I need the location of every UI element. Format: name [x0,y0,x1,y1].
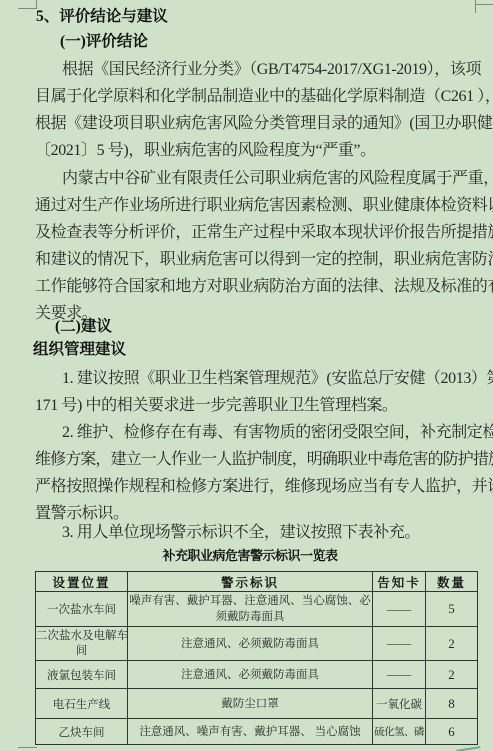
cell-location: 一次盐水车间 [36,592,128,627]
paragraph-line: 171 号) 中的相关要求进一步完善职业卫生管理档案。 [35,392,493,419]
paragraph-line: 根据《国民经济行业分类》（GB/T4754-2017/XG1-2019），该项 [35,56,493,83]
suggestion-item-1: 1. 建议按照《职业卫生档案管理规范》(安监总厅安健（2013）第 171 号)… [35,365,493,419]
col-header-warning-sign: 警示标识 [128,572,373,592]
paragraph-line: 〔2021〕5 号)，职业病危害的风险程度为“严重”。 [35,137,493,164]
paragraph-line: 目属于化学原料和化学制品制造业中的基础化学原料制造（C261 ）， [35,83,493,110]
paragraph-conclusion-2: 内蒙古中谷矿业有限责任公司职业病危害的风险程度属于严重， 通过对生产作业场所进行… [35,165,493,327]
scan-artifact-top-left [18,0,37,9]
cell-location: 电石生产线 [36,689,128,719]
paragraph-conclusion-1: 根据《国民经济行业分类》（GB/T4754-2017/XG1-2019），该项 … [35,56,493,164]
cell-warning-sign: 注意通风、必须戴防毒面具 [128,627,373,661]
cell-quantity: 2 [426,627,478,661]
cell-quantity: 5 [426,592,478,627]
table-row: 乙炔车间 注意通风、噪声有害、戴护耳器、 当心腐蚀 硫化氢、磷 6 [36,719,478,745]
cell-location: 二次盐水及电解车 间 [36,627,128,661]
paragraph-line: 1. 建议按照《职业卫生档案管理规范》(安监总厅安健（2013）第 [35,365,493,392]
table-row: 二次盐水及电解车 间 注意通风、必须戴防毒面具 —— 2 [36,627,478,661]
suggestion-item-2: 2. 维护、检修存在有毒、有害物质的密闭受限空间，补充制定检 维修方案，建立一人… [35,419,493,527]
paragraph-line: 根据《建设项目职业病危害风险分类管理目录的通知》(国卫办职健发 [35,110,493,137]
cell-warning-sign: 注意通风、必须戴防毒面具 [128,661,373,689]
scan-artifact-top-right-vertical [475,0,476,13]
cell-quantity: 2 [426,661,478,689]
cell-quantity: 6 [426,719,478,745]
paragraph-line: 严格按照操作规程和检修方案进行，维修现场应当有专人监护，并设 [35,473,493,500]
cell-notice-card: —— [373,592,426,627]
cell-warning-sign: 注意通风、噪声有害、戴护耳器、 当心腐蚀 [128,719,373,745]
table-row: 一次盐水车间 噪声有害、戴护耳器、注意通风、当心腐蚀、必 须戴防毒面具 —— 5 [36,592,478,627]
org-management-subheading: 组织管理建议 [33,339,126,361]
cell-warning-sign: 噪声有害、戴护耳器、注意通风、当心腐蚀、必 须戴防毒面具 [128,592,373,627]
warning-signs-table: 设置位置 警示标识 告知卡 数量 一次盐水车间 噪声有害、戴护耳器、注意通风、当… [35,571,478,745]
col-header-notice-card: 告知卡 [373,572,426,592]
table-title: 补充职业病危害警示标识一览表 [35,545,465,564]
cell-notice-card: 一氧化碳 [373,689,426,719]
document-page: 5、评价结论与建议 (一)评价结论 根据《国民经济行业分类》（GB/T4754-… [0,0,493,751]
table-row: 电石生产线 戴防尘口罩 一氧化碳 8 [36,689,478,719]
table-row: 液氯包装车间 注意通风、必须戴防毒面具 —— 2 [36,661,478,689]
paragraph-line: 及检查表等分析评价，正常生产过程中采取本现状评价报告所提措施 [35,219,493,246]
paragraph-line: 维修方案，建立一人作业一人监护制度，明确职业中毒危害的防护措施， [35,446,493,473]
paragraph-line: 工作能够符合国家和地方对职业病防治方面的法律、法规及标准的有 [35,273,493,300]
section-heading: 5、评价结论与建议 [36,6,168,28]
cell-quantity: 8 [426,689,478,719]
cell-location: 乙炔车间 [36,719,128,745]
col-header-location: 设置位置 [36,572,128,592]
paragraph-line: 和建议的情况下，职业病危害可以得到一定的控制，职业病危害防治 [35,246,493,273]
cell-warning-sign: 戴防尘口罩 [128,689,373,719]
cell-notice-card: —— [373,661,426,689]
table-header-row: 设置位置 警示标识 告知卡 数量 [36,572,478,592]
scan-artifact-bottom-left [18,747,37,748]
col-header-quantity: 数量 [426,572,478,592]
cell-notice-card: —— [373,627,426,661]
cell-notice-card: 硫化氢、磷 [373,719,426,745]
paragraph-line: 通过对生产作业场所进行职业病危害因素检测、职业健康体检资料以 [35,192,493,219]
scan-artifact-top-right-horizontal [475,4,493,5]
suggestion-item-3: 3. 用人单位现场警示标识不全，建议按照下表补充。 [35,519,420,546]
suggestion-subheading: (二)建议 [55,316,112,338]
cell-location: 液氯包装车间 [36,661,128,689]
conclusion-subheading: (一)评价结论 [60,31,148,53]
paragraph-line: 内蒙古中谷矿业有限责任公司职业病危害的风险程度属于严重， [35,165,493,192]
paragraph-line: 2. 维护、检修存在有毒、有害物质的密闭受限空间，补充制定检 [35,419,493,446]
paragraph-line: 3. 用人单位现场警示标识不全，建议按照下表补充。 [35,519,420,546]
